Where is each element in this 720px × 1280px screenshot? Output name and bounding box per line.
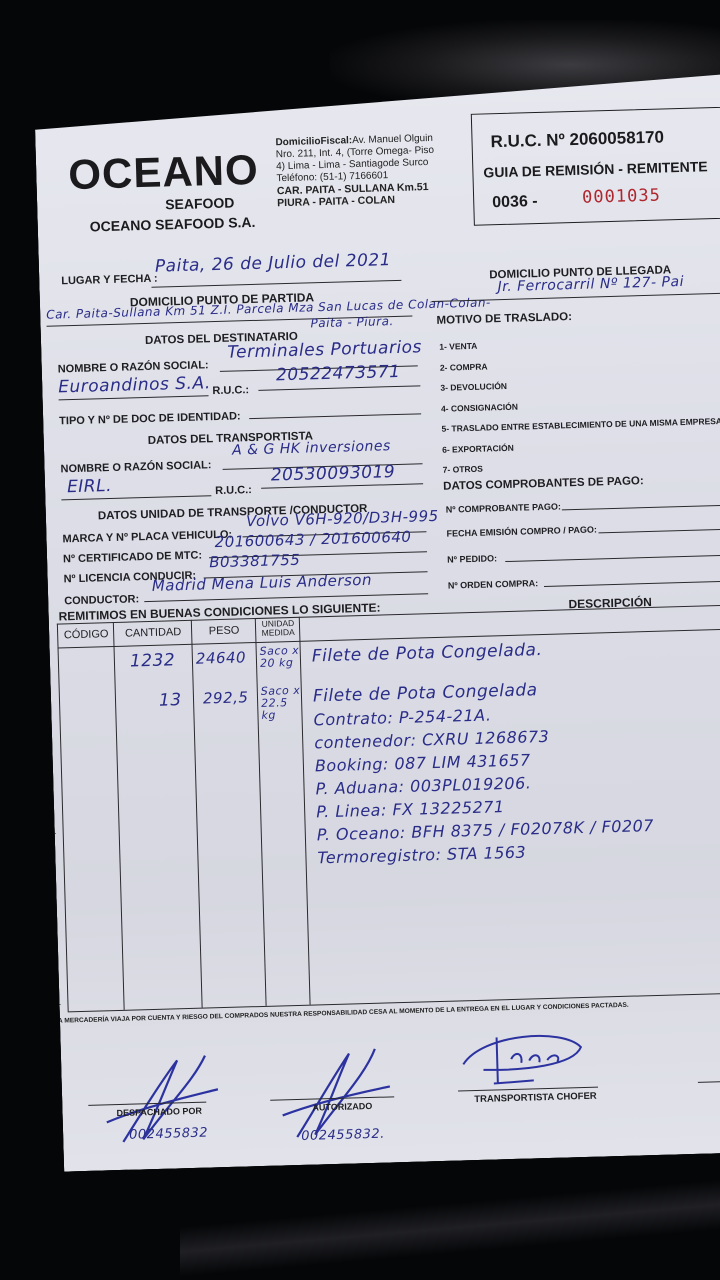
ruc-box: R.U.C. Nº 2060058170 GUIA DE REMISIÓN - … bbox=[471, 105, 720, 225]
row1-cantidad: 1232 bbox=[130, 650, 176, 671]
dest-ruc-value: 20522473571 bbox=[276, 362, 401, 385]
placa-label: MARCA Y Nº PLACA VEHICULO: bbox=[62, 529, 232, 546]
transportista-chofer-label: TRANSPORTISTA CHOFER bbox=[474, 1091, 597, 1105]
col-header-codigo: CÓDIGO bbox=[59, 628, 113, 642]
mtc-label: Nº CERTIFICADO DE MTC: bbox=[63, 549, 202, 565]
trans-nombre-label: NOMBRE O RAZÓN SOCIAL: bbox=[60, 459, 211, 475]
remission-guide-document: OCEANO SEAFOOD OCEANO SEAFOOD S.A. Domic… bbox=[34, 72, 720, 1172]
fecha-emision-label: FECHA EMISIÓN COMPRO / PAGO: bbox=[446, 524, 597, 538]
orden-compra-label: Nº ORDEN COMPRA: bbox=[448, 578, 539, 591]
trans-nombre-value: A & G HK inversiones bbox=[232, 438, 391, 458]
pedido-label: Nº PEDIDO: bbox=[447, 553, 497, 564]
underline bbox=[151, 280, 401, 288]
underline bbox=[544, 579, 720, 587]
motivo-list: 1- VENTA 2- COMPRA 3- DEVOLUCIÓN 4- CONS… bbox=[439, 329, 720, 480]
row2-unidad: Saco x 22.5 kg bbox=[261, 685, 304, 722]
series-number: 0036 - bbox=[492, 193, 538, 212]
row1-unidad: Saco x 20 kg bbox=[260, 645, 303, 670]
underline bbox=[562, 503, 720, 510]
dest-nombre-value-2: Euroandinos S.A. bbox=[58, 373, 211, 397]
row1-descripcion: Filete de Pota Congelada. bbox=[312, 640, 543, 666]
partida-value-2: Paita - Piura. bbox=[310, 314, 394, 330]
signature-line bbox=[698, 1079, 720, 1083]
trans-ruc-value: 20530093019 bbox=[271, 462, 396, 485]
address-label: DomicilioFiscal: bbox=[275, 135, 352, 148]
table-border bbox=[299, 617, 311, 1005]
company-logo-sub: SEAFOOD bbox=[165, 194, 235, 212]
company-legal-name: OCEANO SEAFOOD S.A. bbox=[90, 214, 256, 235]
trans-ruc-label: R.U.C.: bbox=[215, 484, 252, 497]
dest-nombre-value: Terminales Portuarios bbox=[227, 337, 422, 362]
document-number: 0001035 bbox=[582, 186, 661, 208]
motivo-title: MOTIVO DE TRASLADO: bbox=[436, 311, 572, 327]
table-border bbox=[113, 622, 125, 1010]
col-header-peso: PESO bbox=[193, 624, 255, 638]
row2-peso: 292,5 bbox=[203, 688, 249, 707]
background-leather-highlight-bottom bbox=[180, 1160, 720, 1280]
autorizado-label: AUTORIZADO bbox=[312, 1101, 372, 1113]
underline bbox=[599, 527, 720, 533]
table-border bbox=[191, 620, 203, 1008]
underline bbox=[258, 385, 420, 391]
row1-peso: 24640 bbox=[196, 648, 247, 667]
autorizado-note: 002455832. bbox=[301, 1127, 385, 1144]
table-border bbox=[255, 618, 267, 1006]
shipment-details: Contrato: P-254-21A. contenedor: CXRU 12… bbox=[313, 699, 655, 869]
underline bbox=[144, 593, 428, 602]
address-line: Av. Manuel Olguin bbox=[352, 133, 433, 146]
col-header-unidad: UNIDAD MEDIDA bbox=[257, 619, 299, 638]
conductor-label: CONDUCTOR: bbox=[64, 593, 139, 607]
row2-cantidad: 13 bbox=[159, 690, 182, 711]
company-address: DomicilioFiscal:Av. Manuel Olguin Nro. 2… bbox=[275, 133, 435, 209]
col-header-cantidad: CANTIDAD bbox=[115, 626, 191, 640]
tipo-doc-label: TIPO Y Nº DE DOC DE IDENTIDAD: bbox=[59, 410, 241, 427]
despachado-note: 002455832 bbox=[129, 1126, 208, 1143]
lugar-fecha-value: Paita, 26 de Julio del 2021 bbox=[155, 250, 392, 277]
underline bbox=[249, 413, 421, 419]
comprobante-label: Nº COMPROBANTE PAGO: bbox=[446, 501, 561, 514]
mtc-value: 201600643 / 201600640 bbox=[214, 528, 411, 551]
licencia-value: B03381755 bbox=[209, 551, 301, 572]
signature-transportista-icon bbox=[452, 1021, 594, 1095]
document-title: GUIA DE REMISIÓN - REMITENTE bbox=[483, 158, 708, 180]
lugar-fecha-label: LUGAR Y FECHA : bbox=[61, 273, 158, 288]
dest-ruc-label: R.U.C.: bbox=[212, 384, 249, 397]
ruc-number: R.U.C. Nº 2060058170 bbox=[490, 127, 664, 152]
underline bbox=[505, 553, 720, 562]
company-logo: OCEANO bbox=[68, 146, 260, 199]
trans-nombre-value-2: EIRL. bbox=[67, 476, 112, 497]
